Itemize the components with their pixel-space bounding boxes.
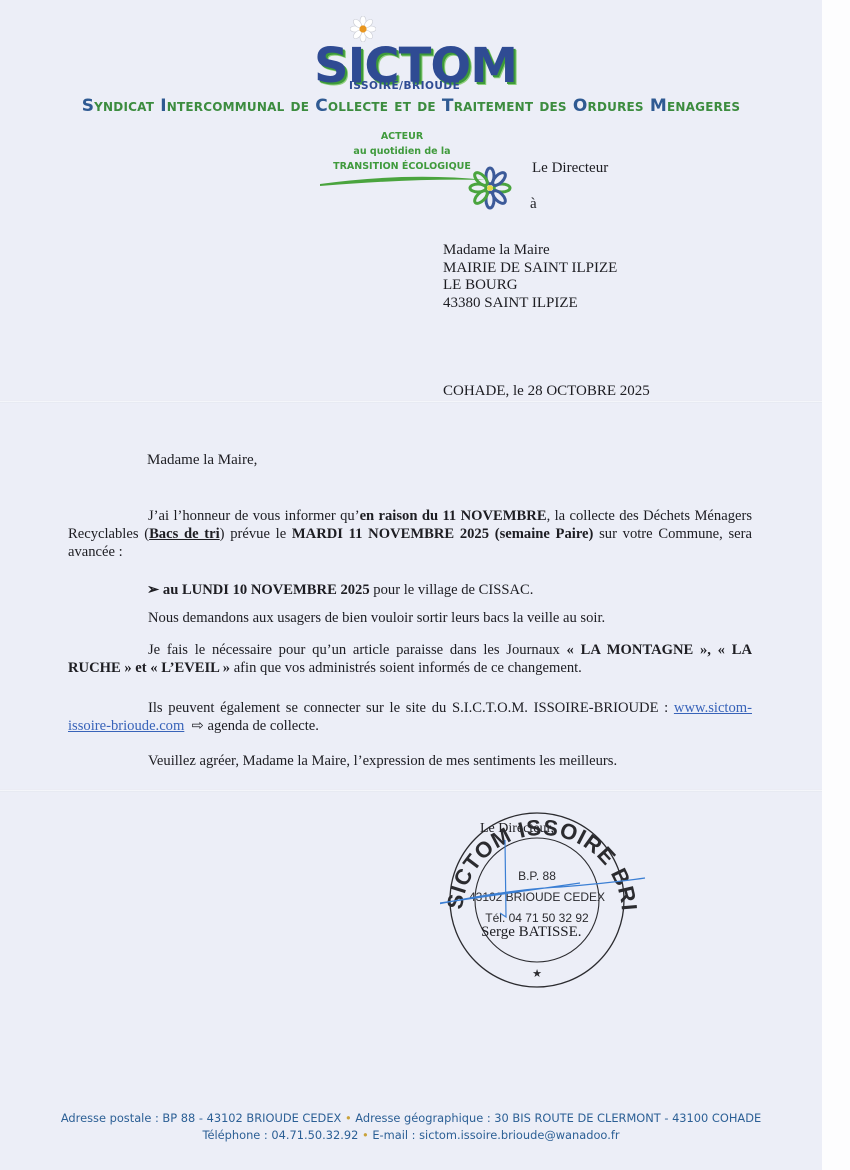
- paragraph-press: Je fais le nécessaire pour qu’un article…: [68, 641, 752, 677]
- logo-subtitle: ISSOIRE/BRIOUDE: [349, 80, 460, 92]
- salutation: Madame la Maire,: [147, 452, 257, 469]
- paragraph-website: Ils peuvent également se connecter sur l…: [68, 699, 752, 735]
- bin-type: Bacs de tri: [149, 526, 220, 542]
- recipient-line: MAIRIE DE SAINT ILPIZE: [443, 260, 617, 278]
- sender-title: Le Directeur: [532, 160, 608, 177]
- recipient-address: Madame la Maire MAIRIE DE SAINT ILPIZE L…: [443, 242, 617, 312]
- svg-text:43102 BRIOUDE CEDEX: 43102 BRIOUDE CEDEX: [469, 890, 605, 904]
- letter-footer: Adresse postale : BP 88 - 43102 BRIOUDE …: [0, 1110, 822, 1144]
- flower-swoosh-icon: [318, 164, 518, 214]
- organization-title: Syndicat Intercommunal de Collecte et de…: [0, 96, 822, 116]
- arrow-bullet-icon: ➢: [147, 582, 159, 598]
- separator-dot: •: [345, 1111, 352, 1125]
- svg-text:★: ★: [532, 968, 542, 980]
- svg-text:B.P. 88: B.P. 88: [518, 869, 556, 883]
- sictom-logo: SICTOM ISSOIRE/BRIOUDE: [312, 18, 532, 96]
- separator-dot: •: [362, 1128, 369, 1142]
- original-date: MARDI 11 NOVEMBRE 2025 (semaine Paire): [292, 526, 593, 542]
- footer-contact: Téléphone : 04.71.50.32.92 • E-mail : si…: [0, 1127, 822, 1144]
- new-date-bullet: ➢ au LUNDI 10 NOVEMBRE 2025 pour le vill…: [147, 581, 533, 599]
- recipient-line: 43380 SAINT ILPIZE: [443, 295, 617, 313]
- paragraph-instructions: Nous demandons aux usagers de bien voulo…: [68, 609, 752, 627]
- new-date: au LUNDI 10 NOVEMBRE 2025: [163, 582, 370, 598]
- paper-fold: [0, 789, 822, 792]
- recipient-line: Madame la Maire: [443, 242, 617, 260]
- date-line: COHADE, le 28 OCTOBRE 2025: [443, 383, 650, 400]
- tagline-line: ACTEUR: [322, 129, 482, 144]
- holiday-highlight: en raison du 11 NOVEMBRE: [360, 508, 547, 524]
- official-stamp: SICTOM ISSOIRE BRIOUDE B.P. 88 43102 BRI…: [440, 805, 650, 995]
- footer-address: Adresse postale : BP 88 - 43102 BRIOUDE …: [0, 1110, 822, 1127]
- paper-fold: [0, 400, 822, 403]
- addressed-to: à: [530, 196, 537, 213]
- arrow-right-icon: ⇨: [192, 718, 204, 734]
- recipient-line: LE BOURG: [443, 277, 617, 295]
- paragraph-announcement: J’ai l’honneur de vous informer qu’en ra…: [68, 507, 752, 561]
- signatory-name: Serge BATISSE.: [481, 924, 582, 941]
- letter-page: SICTOM ISSOIRE/BRIOUDE Syndicat Intercom…: [0, 0, 822, 1170]
- paragraph-closing: Veuillez agréer, Madame la Maire, l’expr…: [68, 752, 752, 770]
- tagline-line: au quotidien de la: [322, 144, 482, 159]
